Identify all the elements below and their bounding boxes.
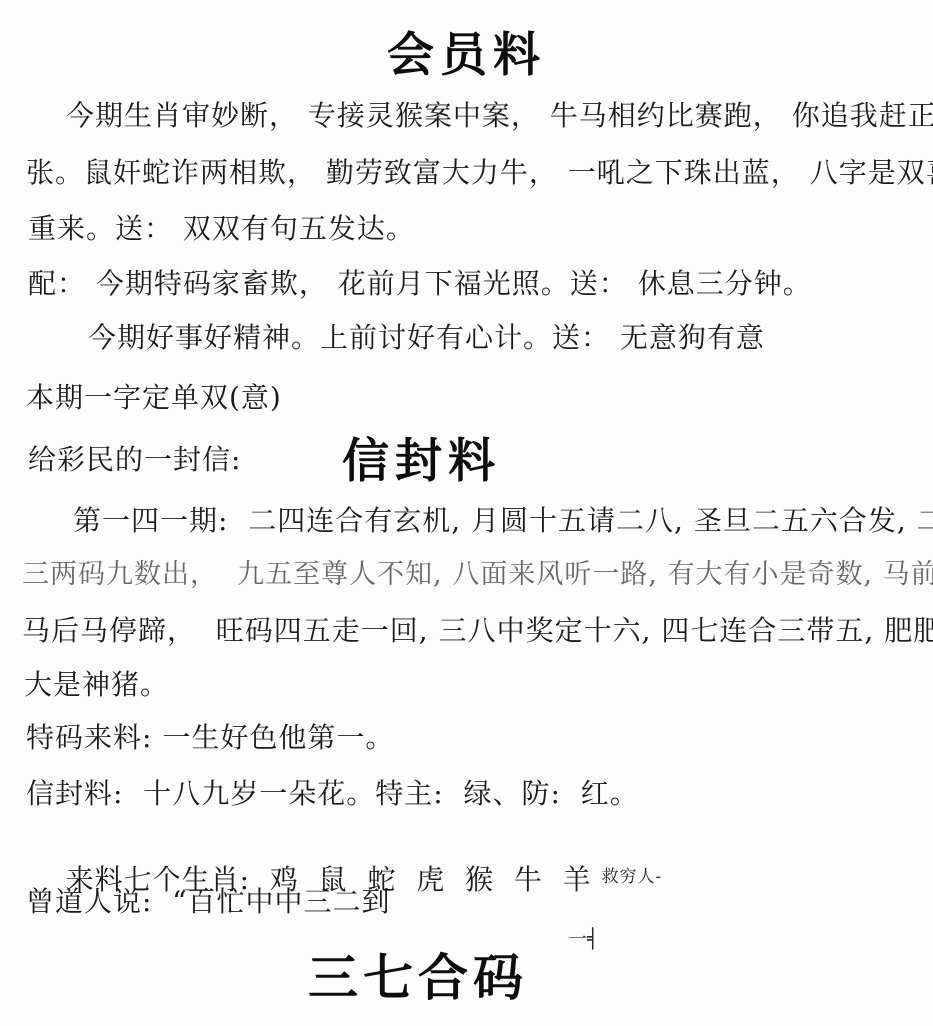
member-pei-line: 配： 今期特码家畜欺， 花前月下福光照。送： 休息三分钟。 bbox=[28, 268, 812, 300]
envelope-paragraph-line-2: 三两码九数出， 九五至尊人不知, 八面来风听一路, 有大有小是奇数, 马前 bbox=[22, 559, 933, 590]
zengdaoren-quote-line: 曾道人说: “百忙中中三二到 bbox=[26, 886, 391, 918]
stray-print-mark: 一╡ bbox=[568, 924, 598, 951]
zodiac-note: 救穷人- bbox=[602, 867, 663, 887]
bottom-section-title: 三七合码 bbox=[308, 938, 528, 1010]
scanned-document-page: 会员料 今期生肖审妙断， 专接灵猴案中案， 牛马相约比赛跑， 你追我赶正紧 张。… bbox=[0, 0, 933, 1026]
envelope-paragraph-line-3: 马后马停蹄， 旺码四五走一回, 三八中奖定十六, 四七连合三带五, 肥肥大 bbox=[22, 615, 933, 647]
envelope-section-title: 信封料 bbox=[342, 424, 501, 491]
member-section-title: 会员料 bbox=[0, 18, 933, 85]
member-haoshi-line: 今期好事好精神。上前讨好有心计。送： 无意狗有意 bbox=[88, 322, 765, 354]
letter-to-punters-label: 给彩民的一封信: bbox=[28, 444, 241, 476]
member-paragraph-line-3: 重来。送： 双双有句五发达。 bbox=[28, 213, 415, 245]
special-code-line: 特码来料: 一生好色他第一。 bbox=[26, 722, 394, 754]
member-danshuang-line: 本期一字定单双(意) bbox=[26, 382, 282, 414]
member-paragraph-line-1: 今期生肖审妙断， 专接灵猴案中案， 牛马相约比赛跑， 你追我赶正紧 bbox=[66, 100, 933, 132]
envelope-paragraph-line-1: 第一四一期: 二四连合有玄机, 月圆十五请二八, 圣旦二五六合发, 二 bbox=[73, 505, 933, 537]
envelope-hint-line: 信封料: 十八九岁一朵花。特主: 绿、防: 红。 bbox=[26, 778, 639, 810]
envelope-paragraph-line-4: 大是神猪。 bbox=[24, 669, 169, 701]
member-paragraph-line-2: 张。鼠奸蛇诈两相欺， 勤劳致富大力牛， 一吼之下珠出蓝， 八字是双喜 bbox=[26, 157, 933, 189]
